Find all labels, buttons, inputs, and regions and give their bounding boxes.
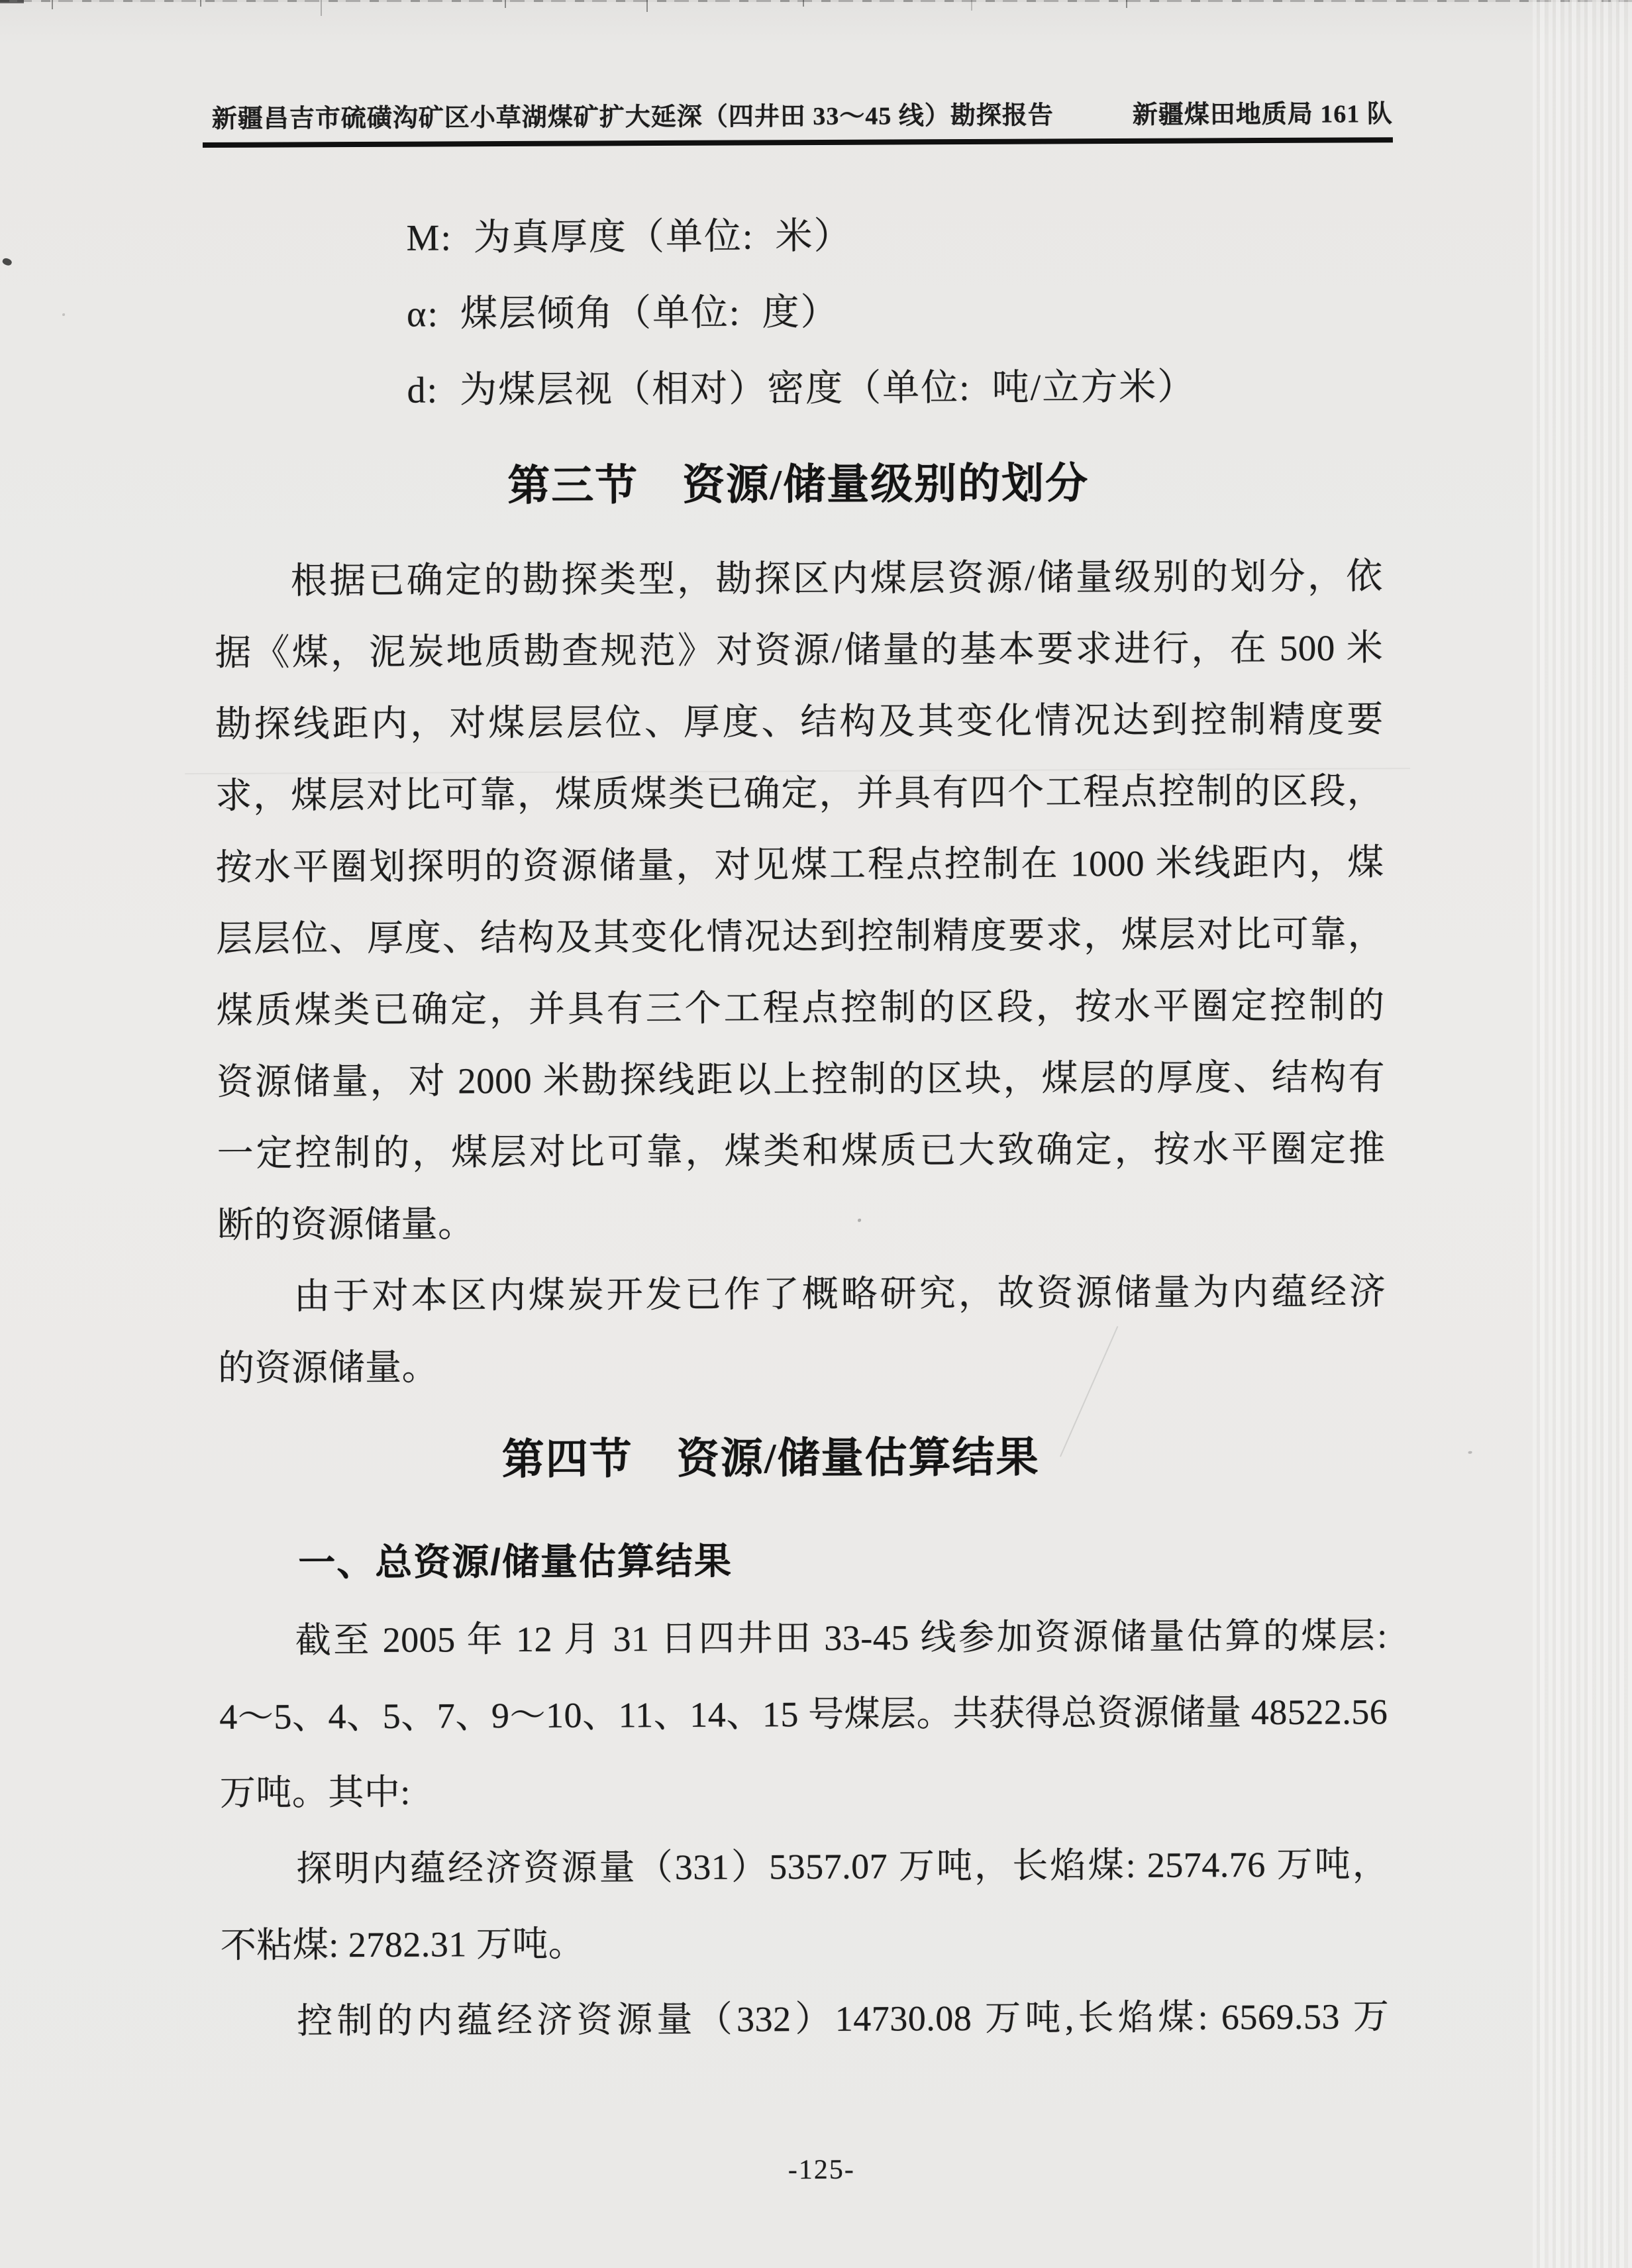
text-line: 资源储量，对 2000 米勘探线距以上控制的区块，煤层的厚度、结构有	[217, 1041, 1385, 1118]
scan-tick	[1126, 0, 1127, 8]
scan-tick	[321, 0, 322, 16]
scan-tick	[646, 0, 648, 12]
text-line: 探明内蕴经济资源量（331）5357.07 万吨，长焰煤: 2574.76 万吨…	[220, 1826, 1388, 1908]
page-number: -125-	[5, 2151, 1632, 2190]
definitions-list: M: 为真厚度（单位: 米）α: 煤层倾角（单位: 度）d: 为煤层视（相对）密…	[406, 197, 1196, 429]
text-line: 截至 2005 年 12 月 31 日四井田 33-45 线参加资源储量估算的煤…	[219, 1598, 1388, 1679]
definition-line: d: 为煤层视（相对）密度（单位: 吨/立方米）	[407, 349, 1196, 429]
text-line: 万吨。其中:	[220, 1750, 1388, 1831]
scan-tick	[200, 0, 201, 7]
text-line: 根据已确定的勘探类型，勘探区内煤层资源/储量级别的划分，依	[215, 541, 1383, 617]
definition-line: α: 煤层倾角（单位: 度）	[407, 273, 1196, 352]
section3-heading: 第三节 资源/储量级别的划分	[214, 448, 1382, 514]
scan-corner-mark	[0, 0, 24, 3]
text-line: 层层位、厚度、结构及其变化情况达到控制精度要求，煤层对比可靠，	[216, 898, 1384, 975]
text-line: 由于对本区内煤炭开发已作了概略研究，故资源储量为内蕴经济	[217, 1256, 1386, 1333]
scan-top-edge	[0, 0, 1632, 2]
text-line: 据《煤，泥炭地质勘查规范》对资源/储量的基本要求进行，在 500 米	[215, 612, 1383, 689]
text-line: 按水平圈划探明的资源储量，对见煤工程点控制在 1000 米线距内，煤	[215, 827, 1384, 903]
text-line: 控制的内蕴经济资源量（332）14730.08 万吨,长焰煤: 6569.53 …	[221, 1979, 1389, 2060]
scan-tick	[803, 0, 804, 7]
text-line: 4～5、4、5、7、9～10、11、14、15 号煤层。共获得总资源储量 485…	[219, 1674, 1388, 1755]
text-line: 的资源储量。	[218, 1327, 1386, 1404]
text-line: 勘探线距内，对煤层层位、厚度、结构及其变化情况达到控制精度要	[215, 684, 1384, 760]
definition-line: M: 为真厚度（单位: 米）	[406, 197, 1195, 276]
scan-speck	[858, 1219, 861, 1222]
section4-paragraph: 截至 2005 年 12 月 31 日四井田 33-45 线参加资源储量估算的煤…	[219, 1598, 1390, 2060]
section3-paragraph: 根据已确定的勘探类型，勘探区内煤层资源/储量级别的划分，依据《煤，泥炭地质勘查规…	[215, 541, 1387, 1404]
scan-speck	[62, 313, 65, 316]
text-line: 煤质煤类已确定，并具有三个工程点控制的区段，按水平圈定控制的	[216, 970, 1384, 1047]
page-header: 新疆昌吉市硫磺沟矿区小草湖煤矿扩大延深（四井田 33～45 线）勘探报告 新疆煤…	[203, 93, 1393, 148]
section4-heading: 第四节 资源/储量估算结果	[186, 1421, 1354, 1488]
scan-tick	[505, 0, 506, 8]
scan-tick	[971, 0, 972, 11]
text-line: 不粘煤: 2782.31 万吨。	[221, 1902, 1389, 1984]
paper-right-edge	[1533, 0, 1632, 2268]
page-sheet: 新疆昌吉市硫磺沟矿区小草湖煤矿扩大延深（四井田 33～45 线）勘探报告 新疆煤…	[0, 0, 1632, 2268]
section4-subheading: 一、总资源/储量估算结果	[219, 1529, 1387, 1587]
scan-speck	[1, 257, 13, 267]
text-line: 一定控制的，煤层对比可靠，煤类和煤质已大致确定，按水平圈定推	[217, 1113, 1385, 1190]
scan-tick	[52, 0, 53, 9]
header-title-right: 新疆煤田地质局 161 队	[1133, 93, 1393, 130]
text-line: 断的资源储量。	[217, 1184, 1386, 1261]
scanned-report-page: { "colors": { "paper": "#eae9e7", "ink":…	[0, 0, 1632, 2268]
header-title-left: 新疆昌吉市硫磺沟矿区小草湖煤矿扩大延深（四井田 33～45 线）勘探报告	[203, 94, 1054, 134]
scan-speck	[1468, 1451, 1472, 1454]
text-line: 求，煤层对比可靠，煤质煤类已确定，并具有四个工程点控制的区段，	[215, 755, 1384, 832]
